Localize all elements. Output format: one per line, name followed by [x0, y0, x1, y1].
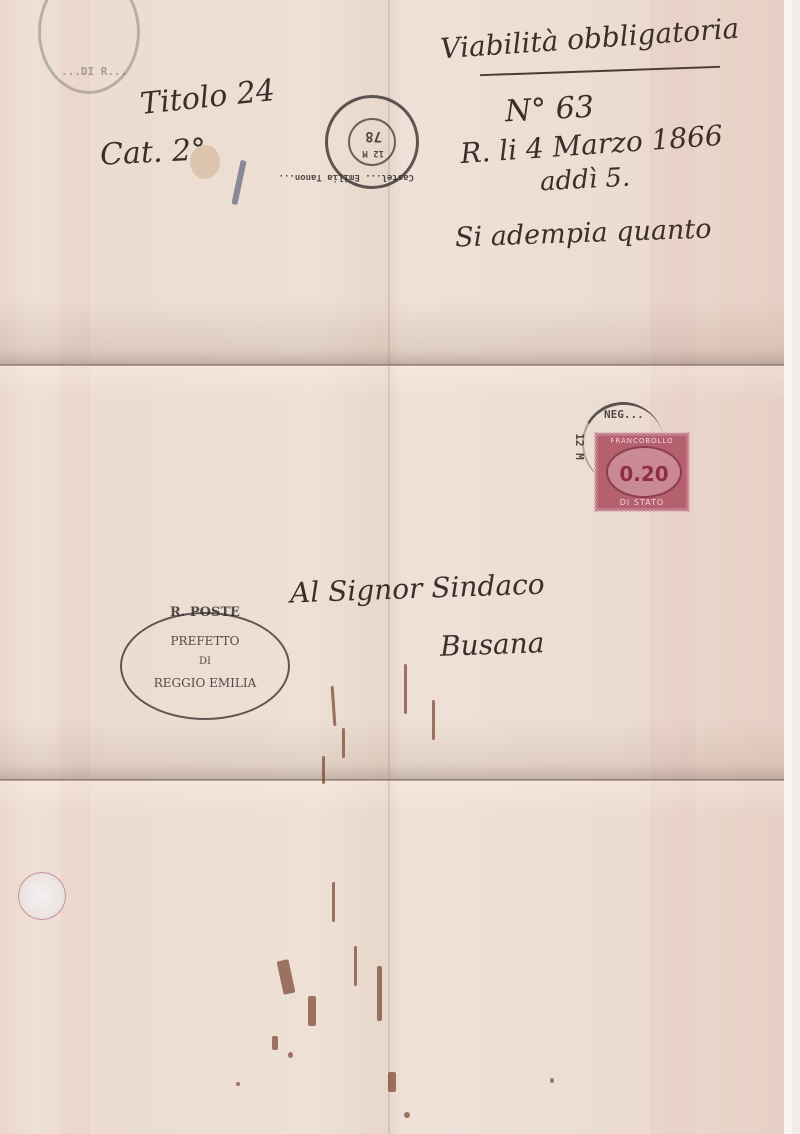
wax-seal-icon: [18, 872, 66, 920]
ink-splash: [354, 946, 357, 986]
cachet-line-3: DI: [122, 656, 288, 667]
ink-splash: [332, 882, 335, 922]
postage-stamp: FRANCOBOLLO 0.20 DI STATO: [598, 436, 686, 508]
round-postmark-icon: Castel... Emilia Tanon... 12 M 78: [325, 95, 419, 189]
bottom-panel: [0, 780, 792, 1134]
postmark-place: Castel... Emilia Tanon...: [279, 172, 414, 182]
letter-sheet: ...DI R... Viabilità obbligatoria N° 63 …: [0, 0, 792, 1134]
handwritten-addi: addì 5.: [539, 163, 631, 198]
cancel-day: 12 M: [573, 433, 586, 460]
cachet-line-2: PREFETTO: [122, 634, 288, 648]
ink-splash: [377, 966, 382, 1021]
ink-splash: [322, 756, 325, 784]
postmark-year: 78: [365, 128, 382, 144]
ink-splash: [288, 1052, 293, 1058]
ink-splash: [388, 1072, 396, 1092]
address-line-2: Busana: [439, 626, 544, 663]
faded-postmark-text: ...DI R...: [61, 65, 127, 78]
ink-splash: [236, 1082, 240, 1086]
paper-stain: [190, 145, 220, 179]
ink-splash: [404, 664, 407, 714]
horizontal-fold: [0, 364, 792, 366]
stamp-value: 0.20: [608, 462, 680, 486]
ink-splash: [404, 1112, 410, 1118]
ink-splash: [432, 700, 435, 740]
cancel-place: NEG...: [604, 408, 644, 421]
ink-splash: [308, 996, 316, 1026]
postmark-day: 12 M: [362, 148, 384, 158]
handwritten-protocol-number: N° 63: [504, 90, 595, 130]
scan-edge: [784, 0, 792, 1134]
horizontal-fold: [0, 779, 792, 781]
stamp-oval-icon: 0.20: [606, 446, 682, 498]
ink-splash: [550, 1078, 554, 1083]
oval-cachet-icon: R. POSTE PREFETTO DI REGGIO EMILIA: [120, 612, 290, 720]
cachet-line-1: R. POSTE: [122, 605, 288, 620]
ink-splash: [342, 728, 345, 758]
stamp-bottom-text: DI STATO: [598, 498, 686, 507]
ink-splash: [272, 1036, 278, 1050]
stamp-top-text: FRANCOBOLLO: [598, 437, 686, 445]
cachet-line-4: REGGIO EMILIA: [122, 676, 288, 690]
